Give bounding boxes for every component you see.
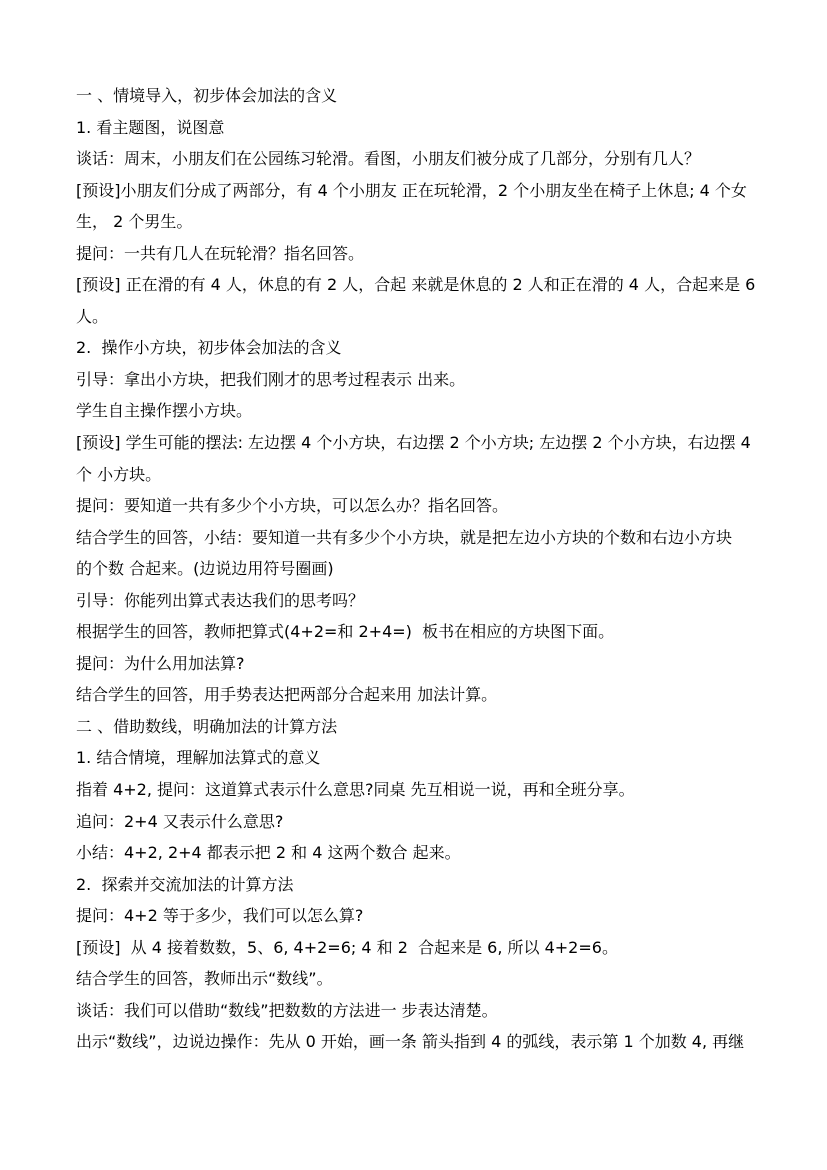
document-body: 一 、情境导入，初步体会加法的含义 1. 看主题图，说图意 谈话：周末，小朋友们…: [76, 80, 768, 1058]
section-heading-1: 一 、情境导入，初步体会加法的含义: [76, 80, 768, 112]
subheading-step-2b: 2. 探索并交流加法的计算方法: [76, 869, 768, 901]
paragraph-line: 结合学生的回答，小结：要知道一共有多少个小方块，就是把左边小方块的个数和右边小方…: [76, 522, 768, 554]
paragraph-line: 人。: [76, 301, 768, 333]
document-page: 一 、情境导入，初步体会加法的含义 1. 看主题图，说图意 谈话：周末，小朋友们…: [0, 0, 827, 1170]
paragraph-line: [预设]小朋友们分成了两部分，有 4 个小朋友 正在玩轮滑，2 个小朋友坐在椅子…: [76, 175, 768, 207]
paragraph-line: 根据学生的回答，教师把算式(4+2=和 2+4=) 板书在相应的方块图下面。: [76, 616, 768, 648]
paragraph-line: 提问：为什么用加法算?: [76, 648, 768, 680]
paragraph-line: 生， 2 个男生。: [76, 206, 768, 238]
paragraph-line: 指着 4+2, 提问：这道算式表示什么意思?同桌 先互相说一说，再和全班分享。: [76, 774, 768, 806]
subheading-step-2: 2. 操作小方块，初步体会加法的含义: [76, 332, 768, 364]
subheading-step-1: 1. 看主题图，说图意: [76, 112, 768, 144]
paragraph-line: 提问：要知道一共有多少个小方块，可以怎么办？指名回答。: [76, 490, 768, 522]
paragraph-line: 出示“数线”，边说边操作：先从 0 开始，画一条 箭头指到 4 的弧线，表示第 …: [76, 1026, 768, 1058]
paragraph-line: [预设] 学生可能的摆法: 左边摆 4 个小方块，右边摆 2 个小方块; 左边摆…: [76, 427, 768, 459]
paragraph-line: 提问：一共有几人在玩轮滑？指名回答。: [76, 238, 768, 270]
subheading-step-1b: 1. 结合情境，理解加法算式的意义: [76, 742, 768, 774]
paragraph-line: 结合学生的回答，用手势表达把两部分合起来用 加法计算。: [76, 679, 768, 711]
section-heading-2: 二 、借助数线，明确加法的计算方法: [76, 711, 768, 743]
paragraph-line: 的个数 合起来。(边说边用符号圈画): [76, 553, 768, 585]
paragraph-line: 谈话：周末，小朋友们在公园练习轮滑。看图，小朋友们被分成了几部分，分别有几人？: [76, 143, 768, 175]
paragraph-line: 结合学生的回答，教师出示“数线”。: [76, 963, 768, 995]
paragraph-line: 个 小方块。: [76, 459, 768, 491]
paragraph-line: 提问：4+2 等于多少，我们可以怎么算?: [76, 900, 768, 932]
paragraph-line: 学生自主操作摆小方块。: [76, 395, 768, 427]
paragraph-line: 谈话：我们可以借助“数线”把数数的方法进一 步表达清楚。: [76, 995, 768, 1027]
paragraph-line: [预设] 正在滑的有 4 人，休息的有 2 人，合起 来就是休息的 2 人和正在…: [76, 269, 768, 301]
paragraph-line: [预设] 从 4 接着数数，5、6, 4+2=6; 4 和 2 合起来是 6, …: [76, 932, 768, 964]
paragraph-line: 引导：拿出小方块，把我们刚才的思考过程表示 出来。: [76, 364, 768, 396]
paragraph-line: 追问：2+4 又表示什么意思?: [76, 806, 768, 838]
paragraph-line: 引导：你能列出算式表达我们的思考吗？: [76, 585, 768, 617]
paragraph-line: 小结：4+2, 2+4 都表示把 2 和 4 这两个数合 起来。: [76, 837, 768, 869]
